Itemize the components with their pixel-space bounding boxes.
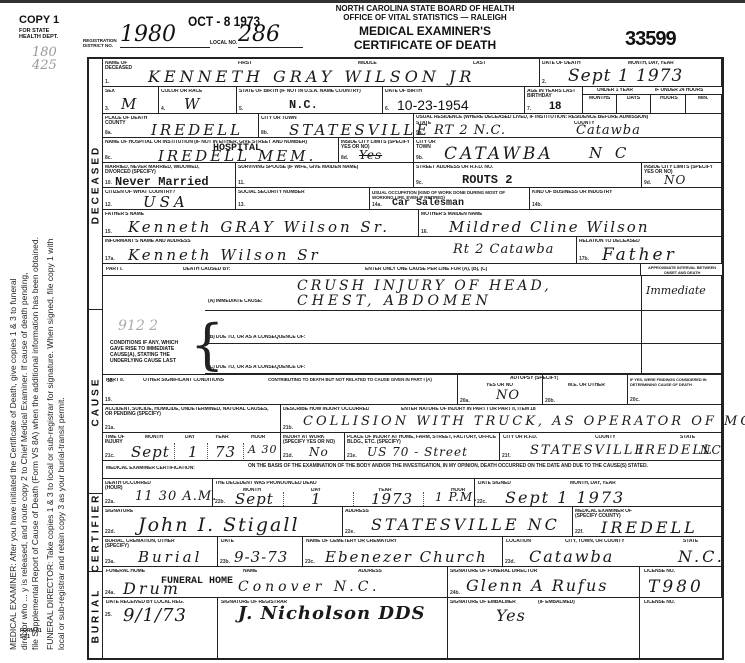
months-label: MONTHS <box>589 96 610 101</box>
part-1-label: PART I. <box>106 267 123 272</box>
date-received-value: 9/1/73 <box>123 605 187 626</box>
field-due-to-b-interval[interactable] <box>642 311 722 344</box>
age-label: AGE IN YEARS LAST BIRTHDAY <box>527 89 581 99</box>
medical-examiner-instruction-1: MEDICAL EXAMINER: After you have initiat… <box>8 237 19 650</box>
residence-city-label: CITY OR TOWN <box>416 140 438 150</box>
city-value: STATESVILLE <box>289 121 430 139</box>
injury-month-value: Sept <box>131 443 170 461</box>
business-label: KIND OF BUSINESS OR INDUSTRY <box>532 190 612 195</box>
injury-year-value: 73 <box>215 443 236 461</box>
field-how-injury-occurred[interactable]: DESCRIBE HOW INJURY OCCURRED ENTER NATUR… <box>281 405 722 433</box>
street-value: ROUTS 2 <box>462 173 512 187</box>
injury-state-label: STATE <box>680 435 695 440</box>
place-county-value: IREDELL <box>151 121 243 139</box>
embalmer-label: SIGNATURE OF EMBALMER <box>450 600 516 605</box>
field-residence-state-county[interactable]: USUAL RESIDENCE (WHERE DECEASED LIVED, I… <box>414 114 722 138</box>
injury-hour-value: A 30 <box>248 443 277 456</box>
field-pronounced-dead[interactable]: THE DECEDENT WAS PRONOUNCED DEAD MONTH D… <box>213 479 475 507</box>
field-relation-to-deceased[interactable]: RELATION TO DECEASED 17b. Father <box>577 237 722 264</box>
field-burial-date[interactable]: DATE 23b. 9-3-73 <box>218 537 303 567</box>
field-date-of-birth[interactable]: DATE OF BIRTH 6. 10-23-1954 <box>383 87 525 114</box>
form-title-2: CERTIFICATE OF DEATH <box>305 38 545 52</box>
section-certifier: CERTIFIER <box>89 494 103 572</box>
sex-label: SEX <box>105 89 115 94</box>
section-burial: BURIAL <box>89 572 103 658</box>
min-label: MIN. <box>698 96 708 101</box>
field-immediate-cause[interactable]: (a) IMMEDIATE CAUSE: CRUSH INJURY OF HEA… <box>205 276 642 311</box>
field-date-signed[interactable]: DATE SIGNED MONTH, DAY, YEAR 22c. Sept 1… <box>475 479 722 507</box>
form-number-date: 5-71 <box>20 634 42 640</box>
cert-label: MEDICAL EXAMINER CERTIFICATION: <box>106 466 195 471</box>
certificate-number: 33599 <box>625 28 676 51</box>
enter-one-label: ENTER ONLY ONE CAUSE PER LINE FOR (a), (… <box>365 267 487 272</box>
field-time-of-injury[interactable]: TIME OF INJURY MONTH DAY YEAR HOUR 21c. … <box>103 433 281 461</box>
medical-examiner-instruction-3: file Supplemental Report of Cause of Dea… <box>30 237 41 650</box>
ssn-label: SOCIAL SECURITY NUMBER <box>238 190 305 195</box>
immediate-label: (a) IMMEDIATE CAUSE: <box>208 299 263 304</box>
immediate-value-1: CRUSH INJURY OF HEAD, <box>297 278 552 294</box>
other-conditions-label: OTHER SIGNIFICANT CONDITIONS <box>143 378 224 383</box>
day-label: DAY <box>185 435 195 440</box>
residence-state-label: STATE <box>416 121 431 126</box>
under-1-year-group: UNDER 1 YEAR IF UNDER 24 HOURS MONTHS DA… <box>583 87 722 114</box>
field-city-of-death[interactable]: CITY OR TOWN 8b. STATESVILLE <box>259 114 414 138</box>
form-number: FORM 81 5-71 <box>20 628 42 640</box>
local-no-value: 286 <box>238 22 303 48</box>
field-date-of-death[interactable]: DATE OF DEATH MONTH, DAY, YEAR 2. Sept 1… <box>540 59 722 87</box>
interval-label: APPROXIMATE INTERVAL BETWEEN ONSET AND D… <box>643 265 721 275</box>
field-cemetery-location[interactable]: LOCATION CITY, TOWN, OR COUNTY STATE 23d… <box>503 537 722 567</box>
month-label: MONTH <box>145 435 163 440</box>
field-citizenship[interactable]: CITIZEN OF WHAT COUNTRY? 12. USA <box>103 188 236 210</box>
funeral-home-value: Drum <box>123 579 181 598</box>
injury-city-label: CITY OR R.F.D. <box>503 435 537 440</box>
name-value: KENNETH GRAY WILSON JR <box>148 67 475 86</box>
field-signature[interactable]: SIGNATURE 22d. John I. Stigall <box>103 507 343 537</box>
residence-city-value: CATAWBA <box>444 144 554 164</box>
field-immediate-interval[interactable]: Immediate <box>642 276 722 311</box>
field-embalmer-signature[interactable]: SIGNATURE OF EMBALMER (IF EMBALMED) Yes <box>448 598 640 658</box>
autopsy-value: NO <box>496 388 520 403</box>
pronounced-hour-value: 1 P.M. <box>435 490 478 504</box>
top-border <box>0 0 745 3</box>
field-residence-city[interactable]: CITY OR TOWN 9b. CATAWBA N C <box>414 138 722 163</box>
spouse-label: SURVIVING SPOUSE (IF WIFE, GIVE MAIDEN N… <box>238 165 358 170</box>
field-race[interactable]: COLOR or RACE 4. W <box>159 87 237 114</box>
injury-city-value: STATESVILLE <box>530 443 646 458</box>
field-business[interactable]: KIND OF BUSINESS OR INDUSTRY 14b. <box>530 188 722 210</box>
injury-day-value: 1 <box>188 443 199 461</box>
relation-label: RELATION TO DECEASED <box>579 239 640 244</box>
margin-note-2: 425 <box>32 59 57 72</box>
field-injury-at-work[interactable]: INJURY AT WORK (SPECIFY YES OR NO) 21d. … <box>281 433 345 461</box>
autopsy-group: AUTOPSY (SPECIFY) YES OR NO 20a. NO M.E.… <box>458 375 628 405</box>
field-hours[interactable]: HOURS <box>651 94 686 114</box>
embalmer-sub: (IF EMBALMED) <box>538 600 575 605</box>
hours-label: HOURS <box>660 96 678 101</box>
signature-value: John I. Stigall <box>138 514 300 536</box>
agency-header: NORTH CAROLINA STATE BOARD OF HEALTH OFF… <box>305 4 545 52</box>
field-hospital[interactable]: NAME OF HOSPITAL OR INSTITUTION (IF NOT … <box>103 138 339 163</box>
field-embalmer-license[interactable]: LICENSE NO. <box>640 598 722 658</box>
field-certifier-address[interactable]: ADDRESS 22e. STATESVILLE NC <box>343 507 573 537</box>
residence-state-value: RT 2 N.C. <box>434 123 506 138</box>
date-signed-value: Sept 1 1973 <box>505 488 625 507</box>
field-director-signature[interactable]: SIGNATURE OF FUNERAL DIRECTOR 24b. Glenn… <box>448 567 640 598</box>
immediate-value-2: CHEST, ABDOMEN <box>297 293 492 309</box>
field-due-to-b[interactable]: (b) DUE TO, OR AS A CONSEQUENCE OF: <box>205 311 642 344</box>
location-value: Catawba <box>529 547 614 566</box>
director-sig-value: Glenn A Rufus <box>466 576 609 595</box>
dob-value: 10-23-1954 <box>397 97 469 113</box>
informant-value: Kenneth Wilson Sr <box>128 246 321 264</box>
section-cause: CAUSE <box>89 310 103 494</box>
section-deceased-label: DECEASED <box>90 144 101 224</box>
mother-value: Mildred Cline Wilson <box>449 218 650 236</box>
field-age[interactable]: AGE IN YEARS LAST BIRTHDAY 7. 18 <box>525 87 583 114</box>
interval-header: APPROXIMATE INTERVAL BETWEEN ONSET AND D… <box>640 264 722 276</box>
date-signed-sub: MONTH, DAY, YEAR <box>570 481 616 486</box>
citizen-value: USA <box>143 193 189 211</box>
death-caused-by-label: DEATH CAUSED BY: <box>183 267 230 272</box>
copy-sub2: HEALTH DEPT. <box>19 34 58 40</box>
res-inside-limits-value: NO <box>664 173 686 187</box>
contributing-label: CONTRIBUTING TO DEATH BUT NOT RELATED TO… <box>268 377 448 382</box>
field-mother-maiden-name[interactable]: MOTHER'S MAIDEN NAME 16. Mildred Cline W… <box>419 210 722 237</box>
funeral-home-address-label: ADDRESS <box>358 569 382 574</box>
field-due-to-c-interval[interactable] <box>642 344 722 374</box>
date-signed-label: DATE SIGNED <box>478 481 511 486</box>
burial-date-label: DATE <box>221 539 234 544</box>
state-of-birth-label: STATE OF BIRTH (IF NOT IN U.S.A. NAME CO… <box>239 89 361 94</box>
cemetery-value: Ebenezer Church <box>325 548 488 566</box>
funeral-home-address-value: Conover N.C. <box>238 579 380 595</box>
embalmer-license-label: LICENSE NO. <box>644 600 675 605</box>
year-label: YEAR <box>215 435 229 440</box>
registration-district-label: REGISTRATION DISTRICT NO. <box>83 38 117 48</box>
informant-address: Rt 2 Catawba <box>453 242 554 257</box>
margin-code: 912 2 <box>118 318 158 334</box>
director-sig-label: SIGNATURE OF FUNERAL DIRECTOR <box>450 569 537 574</box>
field-name-of-deceased[interactable]: NAME OF DECEASED FIRST MIDDLE LAST 1. KE… <box>103 59 540 87</box>
disposition-value: Burial <box>138 548 202 566</box>
field-funeral-home[interactable]: FUNERAL HOME NAME ADDRESS FUNERAL HOME 2… <box>103 567 448 598</box>
field-me-county[interactable]: MEDICAL EXAMINER OF (SPECIFY COUNTY) 22f… <box>573 507 722 537</box>
field-place-of-death-county[interactable]: PLACE OF DEATH COUNTY 8a. IREDELL <box>103 114 259 138</box>
days-label: DAYS <box>627 96 640 101</box>
section-deceased: DECEASED <box>89 59 103 310</box>
place-injury-label: PLACE OF INJURY AT HOME, FARM, STREET, F… <box>347 435 497 445</box>
state-of-birth-value: N.C. <box>289 98 318 112</box>
under-24-hours-label: IF UNDER 24 HOURS <box>655 88 703 93</box>
field-inside-city-limits[interactable]: INSIDE CITY LIMITS (SPECIFY YES OR NO) 8… <box>339 138 414 163</box>
part-1-header: PART I. DEATH CAUSED BY: ENTER ONLY ONE … <box>103 264 722 276</box>
side-instructions: MEDICAL EXAMINER: After you have initiat… <box>8 237 67 650</box>
at-work-value: No <box>309 445 329 459</box>
father-value: Kenneth GRAY Wilson Sr. <box>128 218 390 236</box>
director-license-label: LICENSE NO. <box>644 569 675 574</box>
field-death-occurred-hour[interactable]: DEATH OCCURRED (HOUR) 22a. 11 30 A.M. <box>103 479 213 507</box>
how-injury-label: DESCRIBE HOW INJURY OCCURRED <box>283 407 369 412</box>
field-place-of-injury[interactable]: PLACE OF INJURY AT HOME, FARM, STREET, F… <box>345 433 500 461</box>
field-state-of-birth[interactable]: STATE OF BIRTH (IF NOT IN U.S.A. NAME CO… <box>237 87 383 114</box>
race-value: W <box>184 95 200 113</box>
field-date-received[interactable]: DATE RECEIVED BY LOCAL REG. 25. 9/1/73 <box>103 598 218 658</box>
pronounced-day-value: 1 <box>311 490 322 508</box>
field-autopsy-performer[interactable]: M.E. OR OTHER 20b. <box>543 375 628 405</box>
field-ssn[interactable]: SOCIAL SECURITY NUMBER 13. <box>236 188 370 210</box>
certifier-address-value: STATESVILLE NC <box>371 515 560 534</box>
part-2-label: PART II. <box>106 378 124 383</box>
date-of-death-value: Sept 1 1973 <box>568 66 683 86</box>
death-occurred-value: 11 30 A.M. <box>135 489 217 504</box>
local-no-label: LOCAL NO. <box>210 40 237 46</box>
place-county-label: PLACE OF DEATH COUNTY <box>105 116 155 126</box>
registrar-sig-value: J. Nicholson DDS <box>238 603 426 624</box>
field-sex[interactable]: SEX 3. M <box>103 87 159 114</box>
residence-city-state: N C <box>589 144 630 162</box>
name-label: NAME OF DECEASED <box>105 61 135 71</box>
embalmer-value: Yes <box>496 606 526 625</box>
field-disposition[interactable]: BURIAL, CREMATION, OTHER (SPECIFY) 23a. … <box>103 537 218 567</box>
injury-county-label: COUNTY <box>595 435 616 440</box>
field-months[interactable]: MONTHS <box>583 94 617 114</box>
at-work-label: INJURY AT WORK (SPECIFY YES OR NO) <box>283 435 343 445</box>
manner-label: ACCIDENT, SUICIDE, HOMICIDE, UNDETERMINE… <box>105 407 275 417</box>
field-min[interactable]: MIN. <box>686 94 722 114</box>
location-state-value: N.C. <box>678 547 725 566</box>
cert-text: ON THE BASIS OF THE EXAMINATION OF THE B… <box>248 463 718 469</box>
first-label: FIRST <box>238 61 252 66</box>
residence-county-value: Catawba <box>576 123 641 138</box>
field-residence-inside-limits[interactable]: INSIDE CITY LIMITS (SPECIFY YES OR NO) 9… <box>642 163 722 188</box>
pronounced-label: THE DECEDENT WAS PRONOUNCED DEAD <box>215 481 317 486</box>
registration-district-value: 1980 <box>120 22 210 48</box>
field-director-license[interactable]: LICENSE NO. T980 <box>640 567 722 598</box>
residence-label: USUAL RESIDENCE (WHERE DECEASED LIVED, I… <box>416 115 648 120</box>
race-label: COLOR or RACE <box>161 89 202 94</box>
mother-label: MOTHER'S MAIDEN NAME <box>421 212 482 217</box>
due-to-c-label: (c) DUE TO, OR AS A CONSEQUENCE OF: <box>208 365 305 370</box>
due-to-b-label: (b) DUE TO, OR AS A CONSEQUENCE OF: <box>208 335 305 340</box>
hospital-label: NAME OF HOSPITAL OR INSTITUTION (IF NOT … <box>105 140 307 145</box>
informant-label: INFORMANT'S NAME AND ADDRESS <box>105 239 191 244</box>
agency-line-2: OFFICE OF VITAL STATISTICS — RALEIGH <box>305 13 545 22</box>
street-label: STREET ADDRESS OR R.F.D. NO. <box>416 165 493 170</box>
field-manner-of-death[interactable]: ACCIDENT, SUICIDE, HOMICIDE, UNDETERMINE… <box>103 405 281 433</box>
me-other-label: M.E. OR OTHER <box>568 383 605 388</box>
signature-label: SIGNATURE <box>105 509 133 514</box>
pronounced-year-value: 1973 <box>371 490 413 508</box>
location-sub: CITY, TOWN, OR COUNTY <box>565 539 624 544</box>
inside-limits-value: Yes <box>359 148 382 162</box>
funeral-director-instruction-1: FUNERAL DIRECTOR: Take copies 1 & 3 to l… <box>45 237 56 650</box>
if-yes-label: IF YES, WERE FINDINGS CONSIDERED IN DETE… <box>630 377 720 387</box>
funeral-home-name-label: NAME <box>243 569 257 574</box>
occupation-value: Car Salesman <box>392 198 464 209</box>
me-certification-header: MEDICAL EXAMINER CERTIFICATION: ON THE B… <box>103 461 722 479</box>
field-marital-status[interactable]: MARRIED, NEVER MARRIED, WIDOWED, DIVORCE… <box>103 163 236 188</box>
field-injury-location[interactable]: CITY OR R.F.D. COUNTY STATE 21f. STATESV… <box>500 433 722 461</box>
section-certifier-label: CERTIFIER <box>90 493 101 573</box>
injury-state-value: NC <box>700 443 722 457</box>
middle-label: MIDDLE <box>358 61 377 66</box>
medical-examiner-instruction-2: director who ... y is released, and rout… <box>19 237 30 650</box>
field-due-to-c[interactable]: (c) DUE TO, OR AS A CONSEQUENCE OF: <box>205 344 642 374</box>
field-informant[interactable]: INFORMANT'S NAME AND ADDRESS 17a. Kennet… <box>103 237 577 264</box>
marital-label: MARRIED, NEVER MARRIED, WIDOWED, DIVORCE… <box>105 165 200 175</box>
sex-value: M <box>121 95 137 113</box>
agency-line-1: NORTH CAROLINA STATE BOARD OF HEALTH <box>305 4 545 13</box>
section-cause-label: CAUSE <box>90 376 101 426</box>
marital-value: Never Married <box>115 175 209 189</box>
field-findings-considered[interactable]: IF YES, WERE FINDINGS CONSIDERED IN DETE… <box>628 375 722 405</box>
field-days[interactable]: DAYS <box>617 94 651 114</box>
how-injury-value: COLLISION WITH TRUCK, AS OPERATOR OF MOT… <box>303 414 745 429</box>
under-1-year-label: UNDER 1 YEAR <box>597 88 633 93</box>
father-label: FATHER'S NAME <box>105 212 144 217</box>
how-injury-sub: ENTER NATURE OF INJURY IN PART I OR PART… <box>401 407 536 412</box>
burial-date-value: 9-3-73 <box>234 548 288 566</box>
pronounced-month-value: Sept <box>235 490 274 508</box>
funeral-home-label: FUNERAL HOME <box>106 569 145 574</box>
place-injury-value: US 70 - Street <box>367 445 468 459</box>
field-surviving-spouse[interactable]: SURVIVING SPOUSE (IF WIFE, GIVE MAIDEN N… <box>236 163 414 188</box>
margin-note: 180 425 <box>32 46 57 72</box>
cemetery-label: NAME OF CEMETERY OR CREMATORY <box>306 539 397 544</box>
location-label: LOCATION <box>506 539 531 544</box>
me-county-value: IREDELL <box>601 518 698 537</box>
director-license-value: T980 <box>648 577 704 597</box>
immediate-interval-value: Immediate <box>646 284 706 297</box>
section-burial-label: BURIAL <box>90 587 101 643</box>
dob-label: DATE OF BIRTH <box>385 89 422 94</box>
field-other-conditions[interactable]: PART II. OTHER SIGNIFICANT CONDITIONS CO… <box>103 375 458 405</box>
relation-value: Father <box>602 245 677 265</box>
conditions-label: CONDITIONS IF ANY, WHICH GAVE RISE TO IM… <box>110 340 188 364</box>
field-registrar-signature[interactable]: SIGNATURE OF REGISTRAR J. Nicholson DDS <box>218 598 448 658</box>
funeral-director-instruction-2: local or sub-registrar and retain copy 3… <box>56 237 67 650</box>
field-street-address[interactable]: STREET ADDRESS OR R.F.D. NO. 9c. ROUTS 2 <box>414 163 642 188</box>
age-value: 18 <box>549 100 561 112</box>
last-label: LAST <box>473 61 486 66</box>
field-cemetery[interactable]: NAME OF CEMETERY OR CREMATORY 23c. Ebene… <box>303 537 503 567</box>
field-occupation[interactable]: USUAL OCCUPATION (KIND OF WORK DONE DURI… <box>370 188 530 210</box>
field-autopsy[interactable]: YES OR NO 20a. NO <box>458 375 543 405</box>
hour-label: HOUR <box>251 435 265 440</box>
location-state-label: STATE <box>683 539 698 544</box>
field-father-name[interactable]: FATHER'S NAME 15. Kenneth GRAY Wilson Sr… <box>103 210 419 237</box>
certifier-address-label: ADDRESS <box>345 509 369 514</box>
copy-label: COPY 1 <box>19 14 59 26</box>
time-injury-label: TIME OF INJURY <box>105 435 127 445</box>
form-title-1: MEDICAL EXAMINER'S <box>305 24 545 38</box>
